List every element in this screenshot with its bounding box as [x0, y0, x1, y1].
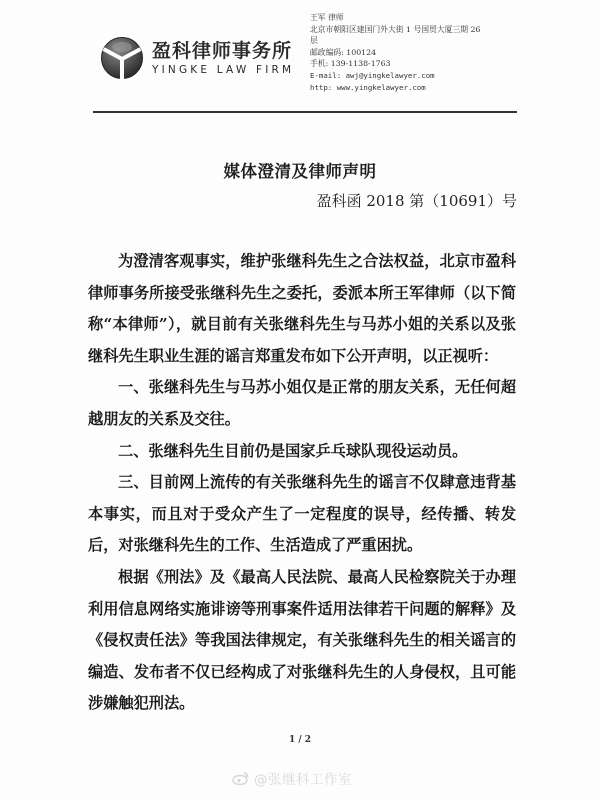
yingke-logo-icon — [100, 36, 144, 80]
letterhead-divider — [93, 111, 517, 113]
weibo-watermark: @张继科工作室 — [232, 768, 352, 788]
email: E-mail: awj@yingkelawyer.com — [310, 70, 540, 82]
firm-name-cn: 盈科律师事务所 — [152, 40, 294, 62]
paragraph-point-2: 二、张继科先生目前仍是国家乒乓球队现役运动员。 — [88, 436, 516, 468]
paragraph-point-3: 三、目前网上流传的有关张继科先生的谣言不仅肆意违背基本事实，而且对于受众产生了一… — [88, 467, 516, 562]
document-page: 盈科律师事务所 YINGKE LAW FIRM 王军 律师 北京市朝阳区建国门外… — [0, 0, 600, 800]
website: http: www.yingkelawyer.com — [310, 82, 540, 94]
page-indicator: 1 / 2 — [0, 735, 600, 745]
postal-code: 邮政编码: 100124 — [310, 47, 540, 59]
firm-logo-block: 盈科律师事务所 YINGKE LAW FIRM — [100, 36, 294, 80]
firm-name-en: YINGKE LAW FIRM — [152, 64, 294, 76]
weibo-icon — [232, 771, 250, 785]
paragraph-point-1: 一、张继科先生与马苏小姐仅是正常的朋友关系，无任何超越朋友的关系及交往。 — [88, 372, 516, 435]
contact-info: 王军 律师 北京市朝阳区建国门外大街 1 号国贸大厦三期 26 层 邮政编码: … — [310, 12, 540, 93]
document-number: 盈科函 2018 第（10691）号 — [317, 190, 517, 211]
document-title: 媒体澄清及律师声明 — [0, 158, 600, 182]
watermark-text: @张继科工作室 — [254, 768, 352, 788]
address-line-2: 层 — [310, 35, 540, 47]
document-body: 为澄清客观事实，维护张继科先生之合法权益，北京市盈科律师事务所接受张继科先生之委… — [88, 246, 516, 720]
lawyer-name: 王军 律师 — [310, 12, 540, 24]
phone: 手机: 139-1138-1763 — [310, 58, 540, 70]
paragraph-legal-basis: 根据《刑法》及《最高人民法院、最高人民检察院关于办理利用信息网络实施诽谤等刑事案… — [88, 562, 516, 720]
address-line-1: 北京市朝阳区建国门外大街 1 号国贸大厦三期 26 — [310, 24, 540, 36]
paragraph-intro: 为澄清客观事实，维护张继科先生之合法权益，北京市盈科律师事务所接受张继科先生之委… — [88, 246, 516, 372]
